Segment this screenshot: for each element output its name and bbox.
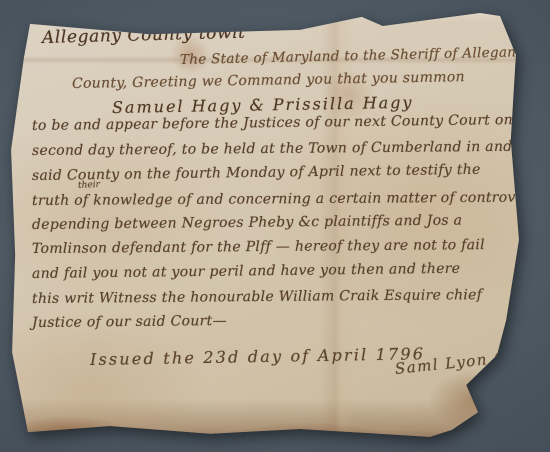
document-paper: Allegany County towit The State of Maryl… xyxy=(8,10,520,442)
handwritten-line: second day thereof, to be held at the To… xyxy=(32,139,539,159)
handwritten-line: and fail you not at your peril and have … xyxy=(32,261,461,282)
inserted-word-above-line: their xyxy=(78,180,100,191)
handwritten-line-greeting: County, Greeting we Command you that you… xyxy=(72,69,465,92)
handwritten-line: to be and appear before the Justices of … xyxy=(32,112,542,134)
handwritten-line: this writ Witness the honourable William… xyxy=(32,287,482,307)
issued-date-line: Issued the 23d day of April 1796 xyxy=(90,344,426,369)
handwritten-line: depending between Negroes Pheby &c plain… xyxy=(32,212,462,233)
document-photo: Allegany County towit The State of Maryl… xyxy=(0,0,550,452)
handwritten-line: Tomlinson defendant for the Plff — hereo… xyxy=(32,237,485,257)
handwritten-line-state: The State of Maryland to the Sheriff of … xyxy=(180,44,524,68)
document-heading: Allegany County towit xyxy=(42,23,246,48)
handwritten-line: truth of knowledge of and concerning a c… xyxy=(32,189,547,209)
paper-shadow-wrapper: Allegany County towit The State of Maryl… xyxy=(0,0,550,452)
handwritten-line: Justice of our said Court— xyxy=(32,313,227,331)
